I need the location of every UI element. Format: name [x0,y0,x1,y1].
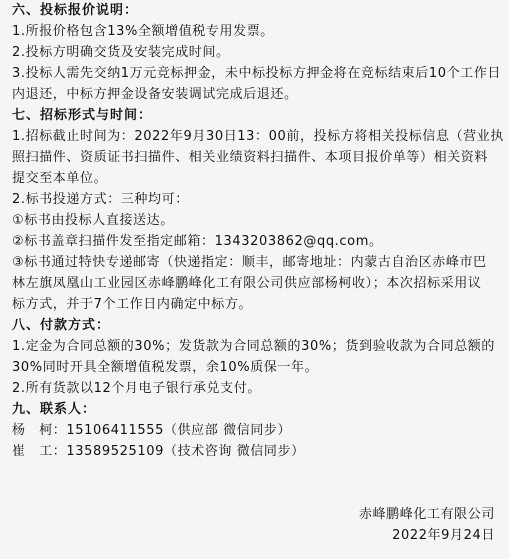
section-payment: 八、付款方式： 1.定金为合同总额的30%；发货款为合同总额的30%；货到验收款… [12,315,509,399]
text-line: ①标书由投标人直接送达。 [12,210,509,231]
section-bid-quote: 六、投标报价说明： 1.所报价格包含13%全额增值税专用发票。 2.投标方明确交… [12,0,509,105]
text-line: 标方式，并于7个工作日内确定中标方。 [12,294,509,315]
section-bid-format-time: 七、招标形式与时间： 1.招标截止时间为：2022年9月30日13：00前，投标… [12,105,509,315]
text-line: 30%同时开具全额增值税发票，余10%质保一年。 [12,357,509,378]
text-line: 提交至本单位。 [12,168,509,189]
document-body: 六、投标报价说明： 1.所报价格包含13%全额增值税专用发票。 2.投标方明确交… [0,0,509,462]
section-contacts: 九、联系人： 杨 柯：15106411555（供应部 微信同步） 崔 工：135… [12,399,509,462]
text-line: 林左旗凤凰山工业园区赤峰鹏峰化工有限公司供应部杨柯收）；本次招标采用议 [12,273,509,294]
text-line: 内退还，中标方押金设备安装调试完成后退还。 [12,84,509,105]
company-name: 赤峰鹏峰化工有限公司 [359,504,495,525]
text-line: 1.定金为合同总额的30%；发货款为合同总额的30%；货到验收款为合同总额的 [12,336,509,357]
section-heading: 九、联系人： [12,399,509,420]
signature-block: 赤峰鹏峰化工有限公司 2022年9月24日 [359,504,495,546]
text-line: ③标书通过特快专递邮寄（快递指定：顺丰，邮寄地址：内蒙古自治区赤峰市巴 [12,252,509,273]
text-line: 2.投标方明确交货及安装完成时间。 [12,42,509,63]
text-line: 照扫描件、资质证书扫描件、相关业绩资料扫描件、本项目报价单等）相关资料 [12,147,509,168]
contact-line: 崔 工：13589525109（技术咨询 微信同步） [12,441,509,462]
contact-line: 杨 柯：15106411555（供应部 微信同步） [12,420,509,441]
signature-date: 2022年9月24日 [359,525,495,546]
section-heading: 七、招标形式与时间： [12,105,509,126]
text-line: 2.所有货款以12个月电子银行承兑支付。 [12,378,509,399]
text-line: 1.招标截止时间为：2022年9月30日13：00前，投标方将相关投标信息（营业… [12,126,509,147]
text-line: 3.投标人需先交纳1万元竞标押金，未中标投标方押金将在竞标结束后10个工作日 [12,63,509,84]
text-line: 2.标书投递方式：三种均可： [12,189,509,210]
section-heading: 六、投标报价说明： [12,0,509,21]
text-line: 1.所报价格包含13%全额增值税专用发票。 [12,21,509,42]
email-line: ②标书盖章扫描件发至指定邮箱：1343203862@qq.com。 [12,231,509,252]
section-heading: 八、付款方式： [12,315,509,336]
